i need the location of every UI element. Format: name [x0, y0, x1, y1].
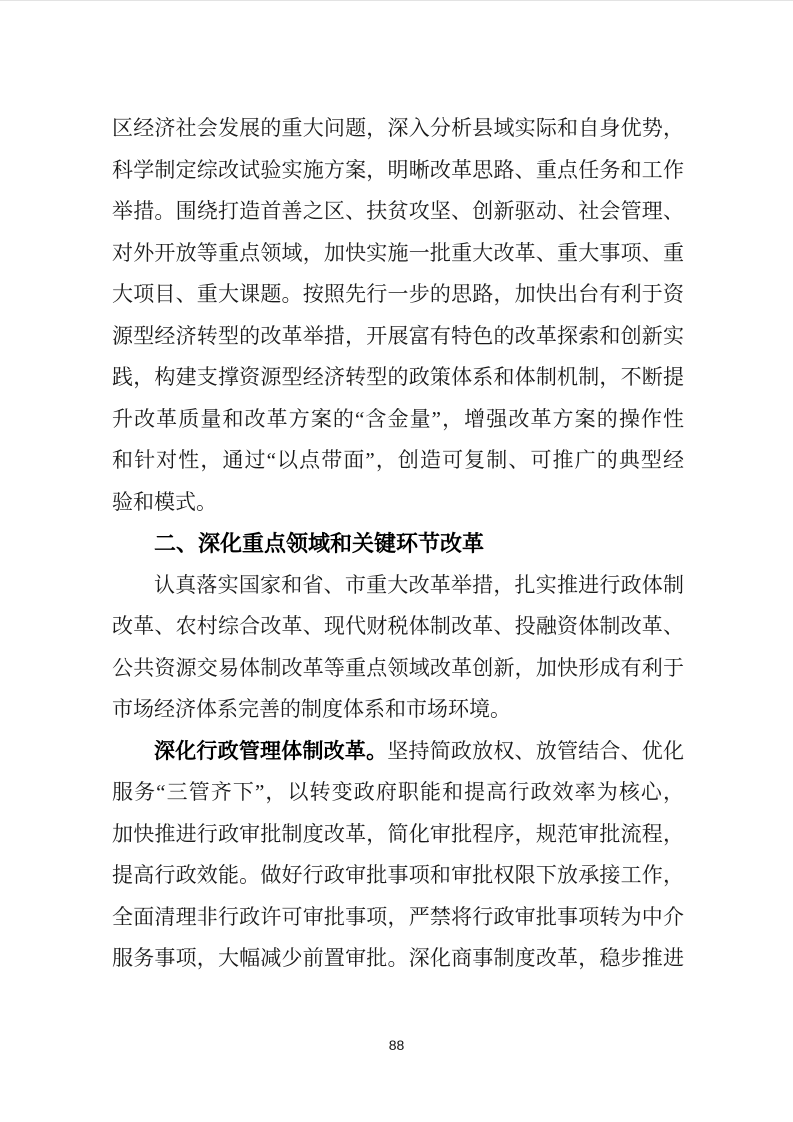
body-text-line: 举措。围绕打造首善之区、扶贫攻坚、创新驱动、社会管理、 [112, 191, 684, 233]
body-text-line: 全面清理非行政许可审批事项，严禁将行政审批事项转为中介 [112, 897, 684, 939]
body-text-line: 大项目、重大课题。按照先行一步的思路，加快出台有利于资 [112, 274, 684, 316]
body-text-line: 升改革质量和改革方案的“含金量”，增强改革方案的操作性 [112, 399, 684, 441]
body-text-line: 加快推进行政审批制度改革，简化审批程序，规范审批流程， [112, 814, 684, 856]
body-text-line: 践，构建支撑资源型经济转型的政策体系和体制机制，不断提 [112, 357, 684, 399]
body-text-line: 科学制定综改试验实施方案，明晰改革思路、重点任务和工作 [112, 150, 684, 192]
text-block: 区经济社会发展的重大问题，深入分析县域实际和自身优势， 科学制定综改试验实施方案… [112, 108, 684, 980]
paragraph-end-line: 市场经济体系完善的制度体系和市场环境。 [112, 689, 684, 731]
body-text-line: 源型经济转型的改革举措，开展富有特色的改革探索和创新实 [112, 316, 684, 358]
paragraph-end-line: 验和模式。 [112, 482, 684, 524]
paragraph-first-line: 深化行政管理体制改革。坚持简政放权、放管结合、优化 [112, 731, 684, 773]
document-page: 区经济社会发展的重大问题，深入分析县域实际和自身优势， 科学制定综改试验实施方案… [0, 0, 793, 1122]
body-text-line: 对外开放等重点领域，加快实施一批重大改革、重大事项、重 [112, 233, 684, 275]
body-text-line: 服务“三管齐下”，以转变政府职能和提高行政效率为核心， [112, 772, 684, 814]
body-text-segment: 坚持简政放权、放管结合、优化 [387, 739, 684, 763]
body-text-line: 和针对性，通过“以点带面”，创造可复制、可推广的典型经 [112, 440, 684, 482]
body-text-line: 提高行政效能。做好行政审批事项和审批权限下放承接工作， [112, 855, 684, 897]
body-text-line: 区经济社会发展的重大问题，深入分析县域实际和自身优势， [112, 108, 684, 150]
paragraph-first-line: 认真落实国家和省、市重大改革举措，扎实推进行政体制 [112, 565, 684, 607]
page-number: 88 [0, 1036, 793, 1054]
body-text-line: 服务事项，大幅减少前置审批。深化商事制度改革，稳步推进 [112, 938, 684, 980]
section-heading: 二、深化重点领域和关键环节改革 [112, 523, 684, 565]
run-in-subheading: 深化行政管理体制改革。 [154, 739, 387, 763]
body-text-line: 改革、农村综合改革、现代财税体制改革、投融资体制改革、 [112, 606, 684, 648]
body-text-line: 公共资源交易体制改革等重点领域改革创新，加快形成有利于 [112, 648, 684, 690]
page-top-edge [0, 0, 793, 1]
